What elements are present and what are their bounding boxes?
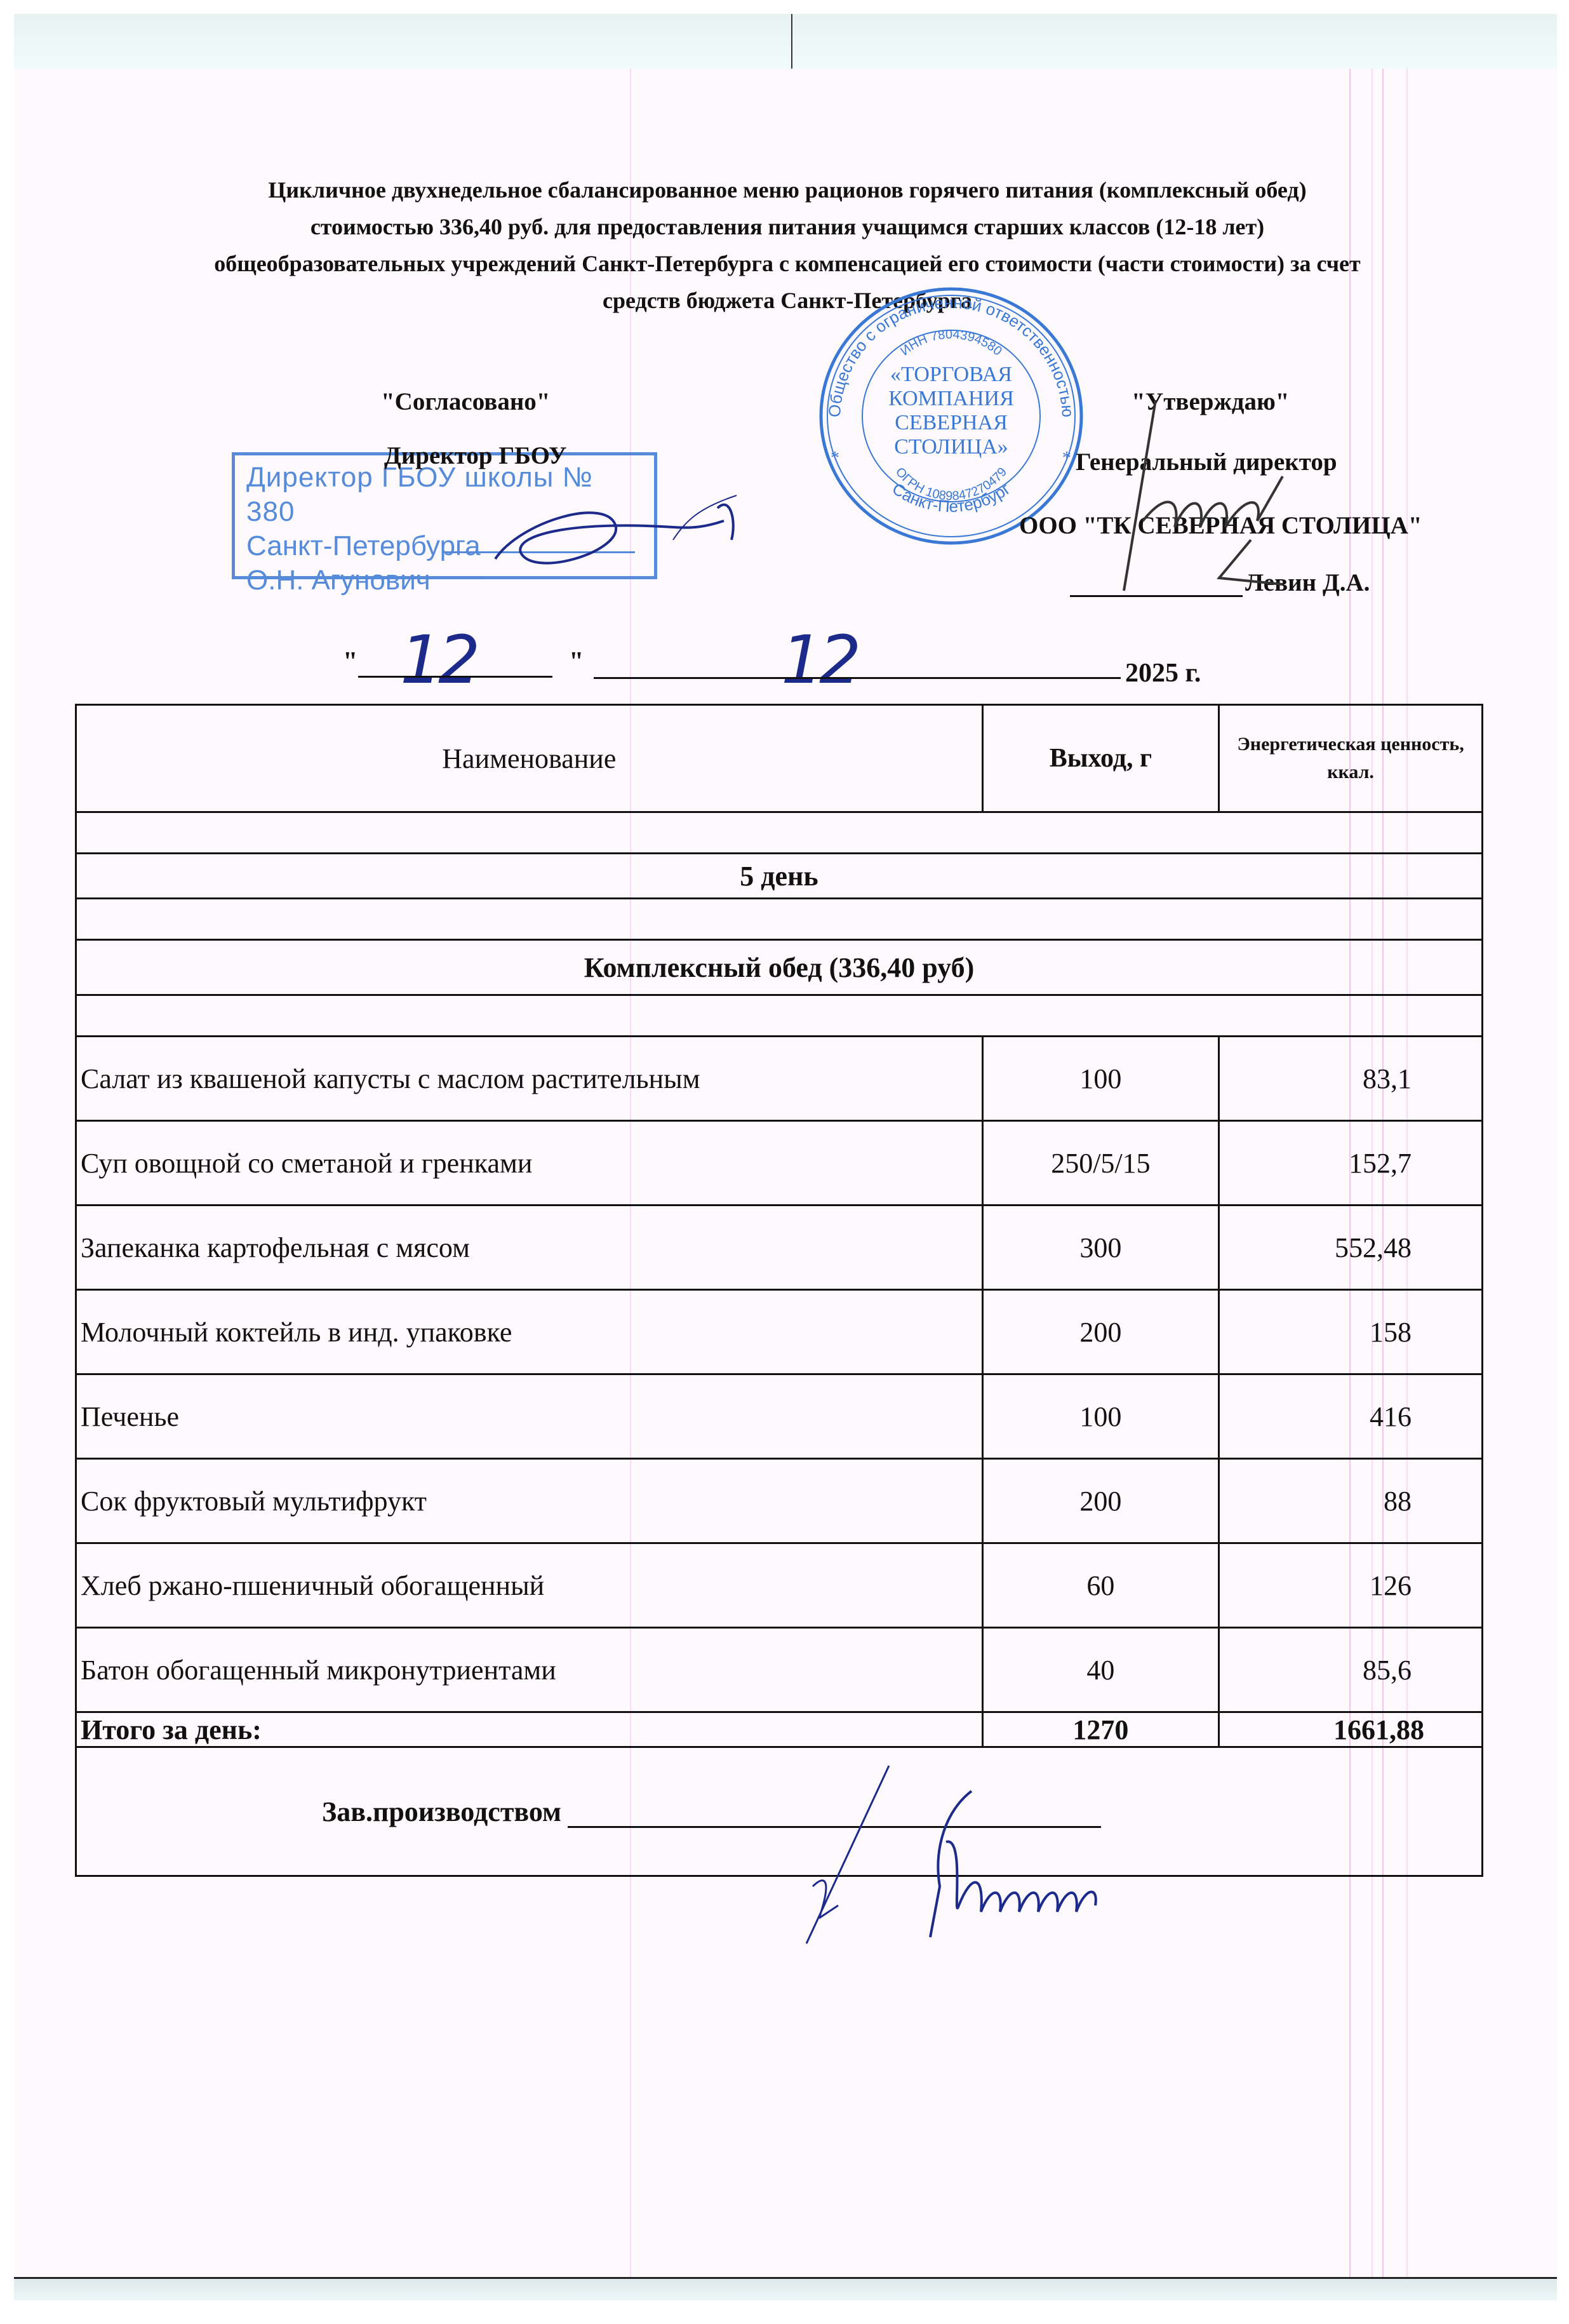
title-line: Цикличное двухнедельное сбалансированное… — [76, 171, 1499, 208]
item-yield: 200 — [982, 1290, 1219, 1374]
day-row: 5 день — [76, 854, 1483, 899]
title-line: общеобразовательных учреждений Санкт-Пет… — [76, 245, 1499, 282]
total-yield: 1270 — [982, 1712, 1219, 1747]
table-row: Батон обогащенный микронутриентами 40 85… — [76, 1628, 1483, 1712]
date-year: 2025 г. — [1125, 658, 1201, 688]
svg-text:СТОЛИЦА»: СТОЛИЦА» — [894, 435, 1008, 459]
item-energy: 158 — [1219, 1290, 1483, 1374]
date-day: 12 — [400, 621, 476, 699]
item-yield: 100 — [982, 1037, 1219, 1121]
approval-left-heading: "Согласовано" — [381, 387, 550, 416]
svg-text:ИНН 7804394580: ИНН 7804394580 — [898, 328, 1005, 359]
item-name: Салат из квашеной капусты с маслом расти… — [76, 1037, 983, 1121]
table-row: Молочный коктейль в инд. упаковке 200 15… — [76, 1290, 1483, 1374]
table-row: Запеканка картофельная с мясом 300 552,4… — [76, 1206, 1483, 1290]
signature-blank — [568, 1801, 1101, 1828]
svg-text:«ТОРГОВАЯ: «ТОРГОВАЯ — [890, 363, 1012, 386]
svg-text:СЕВЕРНАЯ: СЕВЕРНАЯ — [895, 411, 1008, 434]
fold-mark-top — [791, 14, 792, 69]
svg-text:КОМПАНИЯ: КОМПАНИЯ — [888, 387, 1014, 410]
stamp-line: Санкт-Петербурга — [246, 529, 643, 563]
item-energy: 83,1 — [1219, 1037, 1483, 1121]
svg-text:*: * — [1062, 448, 1071, 468]
document-title: Цикличное двухнедельное сбалансированное… — [76, 171, 1499, 319]
approval-right-heading: "Утверждаю" — [1132, 387, 1289, 416]
scanner-edge-bottom — [14, 2277, 1557, 2300]
item-name: Батон обогащенный микронутриентами — [76, 1628, 983, 1712]
item-energy: 85,6 — [1219, 1628, 1483, 1712]
title-line: средств бюджета Санкт-Петербурга — [76, 282, 1499, 319]
approval-right-company: ООО "ТК СЕВЕРНАЯ СТОЛИЦА" — [1019, 511, 1422, 540]
approval-right-position: Генеральный директор — [1076, 448, 1337, 476]
production-manager-label: Зав.производством — [322, 1796, 561, 1827]
date-open-quote: " — [343, 647, 357, 677]
footer-row: Зав.производством — [76, 1747, 1483, 1876]
item-yield: 250/5/15 — [982, 1121, 1219, 1206]
title-line: стоимостью 336,40 руб. для предоставлени… — [76, 208, 1499, 245]
date-month: 12 — [781, 621, 857, 699]
day-label: 5 день — [76, 854, 1483, 899]
total-row: Итого за день: 1270 1661,88 — [76, 1712, 1483, 1747]
total-label: Итого за день: — [76, 1712, 983, 1747]
item-energy: 126 — [1219, 1543, 1483, 1628]
table-header-row: Наименование Выход, г Энергетическая цен… — [76, 705, 1483, 812]
item-yield: 200 — [982, 1459, 1219, 1543]
table-row: Салат из квашеной капусты с маслом расти… — [76, 1037, 1483, 1121]
item-energy: 552,48 — [1219, 1206, 1483, 1290]
item-yield: 100 — [982, 1374, 1219, 1459]
table-row: Хлеб ржано-пшеничный обогащенный 60 126 — [76, 1543, 1483, 1628]
table-row: Суп овощной со сметаной и гренками 250/5… — [76, 1121, 1483, 1206]
item-name: Суп овощной со сметаной и гренками — [76, 1121, 983, 1206]
scanner-edge-top — [14, 14, 1557, 69]
table-row: Сок фруктовый мультифрукт 200 88 — [76, 1459, 1483, 1543]
school-stamp: Директор ГБОУ школы № 380 Санкт-Петербур… — [232, 452, 657, 579]
approval-right-signatory: Левин Д.А. — [1070, 568, 1370, 597]
total-energy: 1661,88 — [1219, 1712, 1483, 1747]
svg-text:*: * — [831, 448, 839, 468]
item-yield: 60 — [982, 1543, 1219, 1628]
item-yield: 40 — [982, 1628, 1219, 1712]
item-energy: 88 — [1219, 1459, 1483, 1543]
header-energy: Энергетическая ценность, ккал. — [1219, 705, 1483, 812]
item-yield: 300 — [982, 1206, 1219, 1290]
item-energy: 416 — [1219, 1374, 1483, 1459]
approval-date: " 12 " 12 2025 г. — [343, 635, 1295, 686]
stamp-line: О.Н. Агунович — [246, 563, 643, 598]
header-name: Наименование — [76, 705, 983, 812]
stamp-line: Директор ГБОУ школы № 380 — [246, 460, 643, 529]
menu-table: Наименование Выход, г Энергетическая цен… — [75, 704, 1483, 1877]
item-name: Хлеб ржано-пшеничный обогащенный — [76, 1543, 983, 1628]
date-close-quote: " — [569, 647, 584, 677]
meal-row: Комплексный обед (336,40 руб) — [76, 940, 1483, 995]
item-name: Печенье — [76, 1374, 983, 1459]
item-name: Сок фруктовый мультифрукт — [76, 1459, 983, 1543]
item-energy: 152,7 — [1219, 1121, 1483, 1206]
meal-label: Комплексный обед (336,40 руб) — [76, 940, 1483, 995]
company-round-stamp: Общество с ограниченной ответственностью… — [802, 279, 1100, 546]
approval-left-position: Директор ГБОУ — [384, 441, 566, 470]
item-name: Запеканка картофельная с мясом — [76, 1206, 983, 1290]
header-yield: Выход, г — [982, 705, 1219, 812]
table-row: Печенье 100 416 — [76, 1374, 1483, 1459]
signature-blank — [1070, 571, 1243, 597]
item-name: Молочный коктейль в инд. упаковке — [76, 1290, 983, 1374]
approval-right-name: Левин Д.А. — [1245, 569, 1370, 596]
